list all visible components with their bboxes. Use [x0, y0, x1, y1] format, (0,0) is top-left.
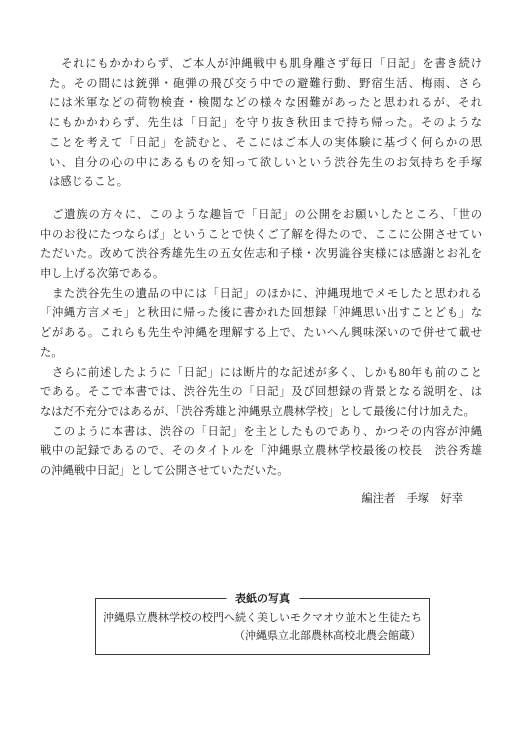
text-line: である。そこで本書では、渋谷先生の「日記」及び回想録の背景となる説明を、は — [40, 383, 482, 403]
cover-photo-box: 表紙の写真 沖縄県立農林学校の校門へ続く美しいモクマオウ並木と生徒たち （沖縄県… — [95, 598, 430, 655]
text-line: い、自分の心の中にあるものを知って欲しいという渋谷先生のお気持ちを手塚 — [49, 154, 482, 174]
text-line: また渋谷先生の遺品の中には「日記」のほかに、沖縄現地でメモしたと思われる — [40, 285, 482, 305]
paragraph-3: また渋谷先生の遺品の中には「日記」のほかに、沖縄現地でメモしたと思われる「沖縄方… — [40, 285, 482, 364]
text-line: さらに前述したように「日記」には断片的な記述が多く、しかも80年も前のこと — [40, 364, 482, 384]
text-line: 「沖縄方言メモ」と秋田に帰った後に書かれた回想録「沖縄思い出すことども」な — [40, 304, 482, 324]
text-line: ことを考えて「日記」を読むと、そこにはご本人の実体験に基づく何らかの思 — [49, 134, 482, 154]
text-line: 申し上げる次第である。 — [40, 265, 482, 285]
text-line: ただいた。改めて渋谷秀雄先生の五女佐志和子様・次男澁谷実様には感謝とお礼を — [40, 245, 482, 265]
text-line: なはだ不充分ではあるが、「渋谷秀雄と沖縄県立農林学校」として最後に付け加えた。 — [40, 403, 482, 423]
text-line: た。その間には銃弾・砲弾の飛び交う中での避難行動、野宿生活、梅雨、さら — [49, 75, 482, 95]
paragraph-5: このように本書は、渋谷の「日記」を主としたものであり、かつその内容が沖縄戦中の記… — [40, 423, 482, 482]
text-line: それにもかかわらず、ご本人が沖縄戦中も肌身離さず毎日「日記」を書き続け — [49, 55, 482, 75]
text-line: は感じること。 — [49, 173, 482, 193]
text-line: た。 — [40, 344, 482, 364]
paragraph-quote: それにもかかわらず、ご本人が沖縄戦中も肌身離さず毎日「日記」を書き続けた。その間… — [49, 55, 482, 193]
photo-box-title: 表紙の写真 — [226, 593, 299, 605]
paragraph-4: さらに前述したように「日記」には断片的な記述が多く、しかも80年も前のことである… — [40, 364, 482, 423]
photo-credit: （沖縄県立北部農林高校北農会館蔵） — [96, 627, 429, 645]
text-line: にもかかわらず、先生は「日記」を守り抜き秋田まで持ち帰った。そのような — [49, 114, 482, 134]
paragraph-2: ご遺族の方々に、このような趣旨で「日記」の公開をお願いしたところ、「世の中のお役… — [40, 206, 482, 285]
document-page: それにもかかわらず、ご本人が沖縄戦中も肌身離さず毎日「日記」を書き続けた。その間… — [0, 0, 523, 740]
text-line: ご遺族の方々に、このような趣旨で「日記」の公開をお願いしたところ、「世の — [40, 206, 482, 226]
text-line: 中のお役にたつならば」ということで快くご了解を得たので、ここに公開させてい — [40, 226, 482, 246]
text-line: どがある。これらも先生や沖縄を理解する上で、たいへん興味深いので併せて載せ — [40, 324, 482, 344]
editor-signature: 編注者 手塚 好幸 — [40, 490, 482, 510]
photo-caption: 沖縄県立農林学校の校門へ続く美しいモクマオウ並木と生徒たち — [96, 609, 429, 627]
text-line: 戦中の記録であるので、そのタイトルを「沖縄県立農林学校最後の校長 渋谷秀雄 — [40, 442, 482, 462]
text-line: の沖縄戦中日記」として公開させていただいた。 — [40, 462, 482, 482]
text-line: には米軍などの荷物検査・検閲などの様々な困難があったと思われるが、それ — [49, 94, 482, 114]
main-text: それにもかかわらず、ご本人が沖縄戦中も肌身離さず毎日「日記」を書き続けた。その間… — [40, 55, 482, 509]
text-line: このように本書は、渋谷の「日記」を主としたものであり、かつその内容が沖縄 — [40, 423, 482, 443]
